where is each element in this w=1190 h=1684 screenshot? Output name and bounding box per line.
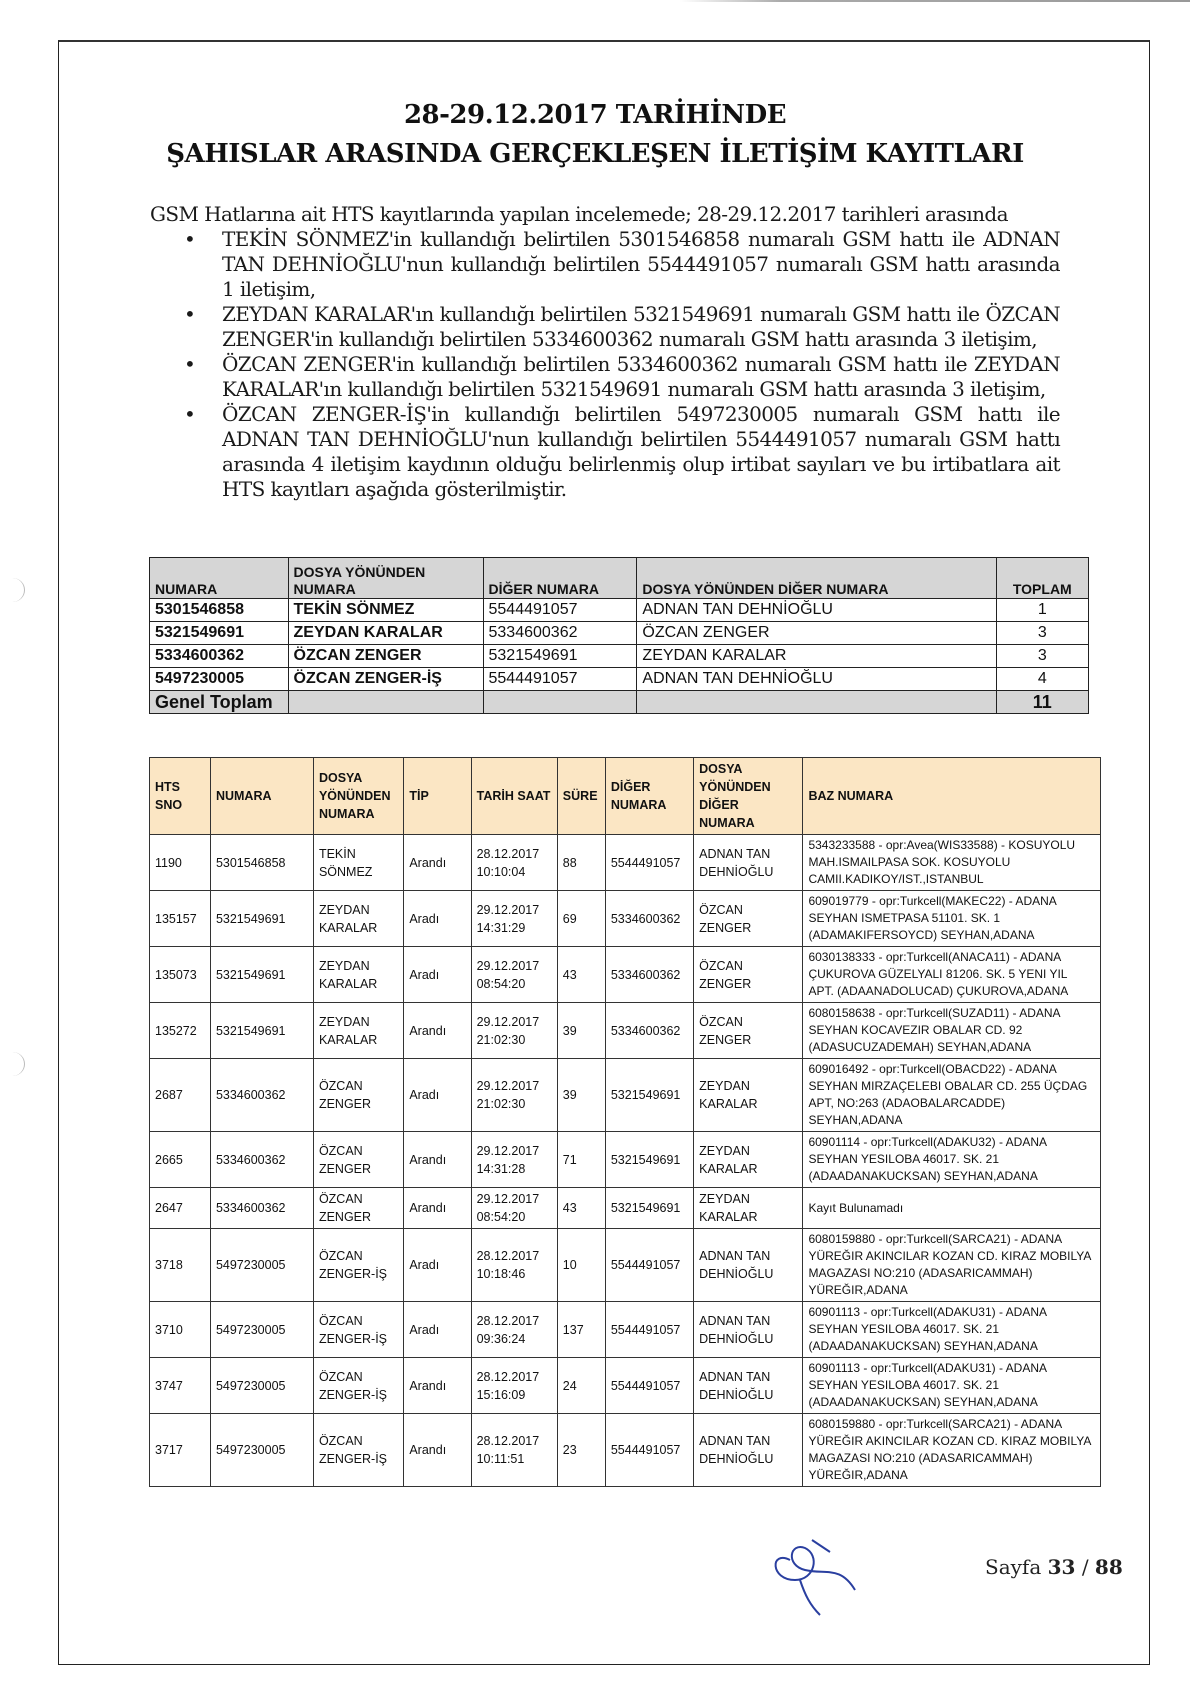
- detail-cell: 6030138333 - opr:Turkcell(ANACA11) - ADA…: [803, 947, 1101, 1003]
- detail-cell: 3718: [150, 1229, 211, 1302]
- detail-cell: 71: [557, 1132, 605, 1188]
- detail-cell: 137: [557, 1302, 605, 1358]
- summary-row: 5321549691ZEYDAN KARALAR5334600362ÖZCAN …: [150, 622, 1089, 645]
- detail-cell: 5321549691: [605, 1188, 693, 1229]
- detail-cell: ADNAN TAN DEHNİOĞLU: [694, 1302, 803, 1358]
- detail-cell: 23: [557, 1414, 605, 1487]
- detail-cell: 2687: [150, 1059, 211, 1132]
- detail-cell: ADNAN TAN DEHNİOĞLU: [694, 835, 803, 891]
- detail-cell: 5321549691: [210, 1003, 313, 1059]
- summary-cell: ÖZCAN ZENGER: [637, 622, 996, 645]
- detail-cell: 5544491057: [605, 1358, 693, 1414]
- detail-table: HTS SNO NUMARA DOSYA YÖNÜNDEN NUMARA TİP…: [149, 757, 1101, 1487]
- detail-cell: 3747: [150, 1358, 211, 1414]
- intro-bullet: ÖZCAN ZENGER'in kullandığı belirtilen 53…: [222, 352, 1060, 402]
- detail-cell: 2647: [150, 1188, 211, 1229]
- detail-cell: Arandı: [404, 835, 471, 891]
- detail-cell: 60901114 - opr:Turkcell(ADAKU32) - ADANA…: [803, 1132, 1101, 1188]
- detail-cell: TEKİN SÖNMEZ: [313, 835, 403, 891]
- detail-cell: ÖZCAN ZENGER-İŞ: [313, 1414, 403, 1487]
- detail-cell: ADNAN TAN DEHNİOĞLU: [694, 1358, 803, 1414]
- summary-cell: 5334600362: [483, 622, 637, 645]
- intro-bullets: TEKİN SÖNMEZ'in kullandığı belirtilen 53…: [150, 227, 1060, 502]
- detail-cell: 88: [557, 835, 605, 891]
- detail-cell: 5497230005: [210, 1414, 313, 1487]
- detail-cell: 28.12.2017 10:18:46: [471, 1229, 557, 1302]
- detail-header-cell: TARİH SAAT: [471, 758, 557, 835]
- detail-cell: 29.12.2017 08:54:20: [471, 947, 557, 1003]
- detail-cell: ZEYDAN KARALAR: [313, 891, 403, 947]
- detail-cell: 60901113 - opr:Turkcell(ADAKU31) - ADANA…: [803, 1358, 1101, 1414]
- detail-cell: 1190: [150, 835, 211, 891]
- detail-row: 37175497230005ÖZCAN ZENGER-İŞArandı28.12…: [150, 1414, 1101, 1487]
- summary-row: 5497230005ÖZCAN ZENGER-İŞ5544491057ADNAN…: [150, 668, 1089, 691]
- detail-cell: 5321549691: [605, 1132, 693, 1188]
- detail-cell: ZEYDAN KARALAR: [694, 1059, 803, 1132]
- summary-cell: 5334600362: [150, 645, 289, 668]
- detail-cell: Arandı: [404, 1188, 471, 1229]
- detail-cell: Aradı: [404, 1229, 471, 1302]
- intro-bullet: TEKİN SÖNMEZ'in kullandığı belirtilen 53…: [222, 227, 1060, 302]
- summary-cell: 3: [996, 645, 1088, 668]
- detail-cell: 29.12.2017 21:02:30: [471, 1003, 557, 1059]
- detail-cell: 39: [557, 1003, 605, 1059]
- signature-mark: [760, 1510, 880, 1620]
- intro-bullet: ZEYDAN KARALAR'ın kullandığı belirtilen …: [222, 302, 1060, 352]
- detail-header-cell: HTS SNO: [150, 758, 211, 835]
- summary-cell: 5321549691: [150, 622, 289, 645]
- detail-cell: ZEYDAN KARALAR: [694, 1132, 803, 1188]
- detail-cell: 5334600362: [605, 947, 693, 1003]
- detail-cell: ÖZCAN ZENGER-İŞ: [313, 1229, 403, 1302]
- detail-cell: 28.12.2017 10:11:51: [471, 1414, 557, 1487]
- summary-total-row: Genel Toplam 11: [150, 691, 1089, 714]
- detail-cell: Aradı: [404, 1302, 471, 1358]
- detail-cell: ÖZCAN ZENGER-İŞ: [313, 1358, 403, 1414]
- detail-row: 26475334600362ÖZCAN ZENGERArandı29.12.20…: [150, 1188, 1101, 1229]
- detail-header-cell: SÜRE: [557, 758, 605, 835]
- summary-cell: ÖZCAN ZENGER-İŞ: [288, 668, 483, 691]
- detail-header-cell: DOSYA YÖNÜNDEN NUMARA: [313, 758, 403, 835]
- detail-cell: 43: [557, 947, 605, 1003]
- detail-cell: Arandı: [404, 1003, 471, 1059]
- detail-cell: Arandı: [404, 1132, 471, 1188]
- summary-cell: ADNAN TAN DEHNİOĞLU: [637, 599, 996, 622]
- detail-row: 26655334600362ÖZCAN ZENGERArandı29.12.20…: [150, 1132, 1101, 1188]
- detail-cell: ÖZCAN ZENGER: [694, 1003, 803, 1059]
- detail-cell: ÖZCAN ZENGER-İŞ: [313, 1302, 403, 1358]
- detail-header-row: HTS SNO NUMARA DOSYA YÖNÜNDEN NUMARA TİP…: [150, 758, 1101, 835]
- detail-cell: 135157: [150, 891, 211, 947]
- detail-cell: ÖZCAN ZENGER: [313, 1059, 403, 1132]
- detail-cell: 5334600362: [210, 1132, 313, 1188]
- detail-cell: 69: [557, 891, 605, 947]
- detail-cell: ÖZCAN ZENGER: [694, 891, 803, 947]
- summary-cell: TEKİN SÖNMEZ: [288, 599, 483, 622]
- detail-cell: 2665: [150, 1132, 211, 1188]
- detail-cell: 609019779 - opr:Turkcell(MAKEC22) - ADAN…: [803, 891, 1101, 947]
- summary-header-cell: TOPLAM: [996, 558, 1088, 599]
- detail-cell: 29.12.2017 08:54:20: [471, 1188, 557, 1229]
- detail-cell: 28.12.2017 10:10:04: [471, 835, 557, 891]
- detail-cell: 5321549691: [605, 1059, 693, 1132]
- detail-cell: 39: [557, 1059, 605, 1132]
- detail-cell: 5544491057: [605, 1414, 693, 1487]
- detail-cell: 135272: [150, 1003, 211, 1059]
- summary-cell: ZEYDAN KARALAR: [637, 645, 996, 668]
- detail-cell: 5497230005: [210, 1302, 313, 1358]
- detail-cell: ADNAN TAN DEHNİOĞLU: [694, 1414, 803, 1487]
- summary-header-cell: DOSYA YÖNÜNDEN DİĞER NUMARA: [637, 558, 996, 599]
- page-prefix: Sayfa: [985, 1555, 1041, 1579]
- detail-cell: 5497230005: [210, 1229, 313, 1302]
- summary-total-empty: [483, 691, 637, 714]
- detail-cell: 3717: [150, 1414, 211, 1487]
- detail-cell: 28.12.2017 09:36:24: [471, 1302, 557, 1358]
- detail-cell: ADNAN TAN DEHNİOĞLU: [694, 1229, 803, 1302]
- detail-cell: 5544491057: [605, 835, 693, 891]
- detail-row: 1350735321549691ZEYDAN KARALARAradı29.12…: [150, 947, 1101, 1003]
- detail-row: 1352725321549691ZEYDAN KARALARArandı29.1…: [150, 1003, 1101, 1059]
- summary-cell: ADNAN TAN DEHNİOĞLU: [637, 668, 996, 691]
- detail-cell: 5334600362: [210, 1059, 313, 1132]
- detail-header-cell: NUMARA: [210, 758, 313, 835]
- punch-hole-mark: [0, 578, 25, 602]
- summary-cell: ZEYDAN KARALAR: [288, 622, 483, 645]
- detail-cell: 5343233588 - opr:Avea(WIS33588) - KOSUYO…: [803, 835, 1101, 891]
- scan-edge-line: [680, 0, 1190, 2]
- detail-row: 37185497230005ÖZCAN ZENGER-İŞAradı28.12.…: [150, 1229, 1101, 1302]
- summary-table: NUMARA DOSYA YÖNÜNDEN NUMARA DİĞER NUMAR…: [149, 557, 1089, 714]
- detail-cell: 5321549691: [210, 947, 313, 1003]
- intro-lead: GSM Hatlarına ait HTS kayıtlarında yapıl…: [150, 202, 1060, 227]
- detail-cell: 24: [557, 1358, 605, 1414]
- detail-cell: 5544491057: [605, 1229, 693, 1302]
- detail-cell: 60901113 - opr:Turkcell(ADAKU31) - ADANA…: [803, 1302, 1101, 1358]
- summary-cell: 3: [996, 622, 1088, 645]
- detail-cell: 29.12.2017 21:02:30: [471, 1059, 557, 1132]
- detail-cell: 5301546858: [210, 835, 313, 891]
- detail-cell: 3710: [150, 1302, 211, 1358]
- detail-cell: Kayıt Bulunamadı: [803, 1188, 1101, 1229]
- summary-header-row: NUMARA DOSYA YÖNÜNDEN NUMARA DİĞER NUMAR…: [150, 558, 1089, 599]
- summary-cell: 1: [996, 599, 1088, 622]
- summary-cell: 5544491057: [483, 599, 637, 622]
- page-title-line2: ŞAHISLAR ARASINDA GERÇEKLEŞEN İLETİŞİM K…: [0, 139, 1190, 169]
- detail-cell: 10: [557, 1229, 605, 1302]
- detail-cell: ZEYDAN KARALAR: [313, 1003, 403, 1059]
- page-number: Sayfa 33 / 88: [985, 1555, 1123, 1579]
- detail-cell: Arandı: [404, 1414, 471, 1487]
- detail-cell: 5334600362: [605, 1003, 693, 1059]
- detail-cell: 5544491057: [605, 1302, 693, 1358]
- summary-total-empty: [637, 691, 996, 714]
- detail-row: 1351575321549691ZEYDAN KARALARAradı29.12…: [150, 891, 1101, 947]
- summary-cell: 5497230005: [150, 668, 289, 691]
- intro-text: GSM Hatlarına ait HTS kayıtlarında yapıl…: [150, 202, 1060, 502]
- detail-cell: 6080159880 - opr:Turkcell(SARCA21) - ADA…: [803, 1229, 1101, 1302]
- detail-cell: ZEYDAN KARALAR: [313, 947, 403, 1003]
- summary-cell: 5301546858: [150, 599, 289, 622]
- detail-cell: 28.12.2017 15:16:09: [471, 1358, 557, 1414]
- summary-cell: ÖZCAN ZENGER: [288, 645, 483, 668]
- detail-header-cell: TİP: [404, 758, 471, 835]
- page-separator: /: [1082, 1555, 1089, 1579]
- summary-total-value: 11: [996, 691, 1088, 714]
- punch-hole-mark: [0, 1052, 25, 1076]
- detail-cell: Aradı: [404, 1059, 471, 1132]
- detail-cell: 5497230005: [210, 1358, 313, 1414]
- detail-row: 37105497230005ÖZCAN ZENGER-İŞAradı28.12.…: [150, 1302, 1101, 1358]
- detail-cell: Arandı: [404, 1358, 471, 1414]
- summary-row: 5334600362ÖZCAN ZENGER5321549691ZEYDAN K…: [150, 645, 1089, 668]
- summary-total-label: Genel Toplam: [150, 691, 289, 714]
- page-total: 88: [1095, 1555, 1123, 1579]
- detail-cell: Aradı: [404, 947, 471, 1003]
- summary-header-cell: NUMARA: [150, 558, 289, 599]
- detail-cell: ÖZCAN ZENGER: [313, 1188, 403, 1229]
- detail-header-cell: DOSYA YÖNÜNDEN DİĞER NUMARA: [694, 758, 803, 835]
- summary-row: 5301546858TEKİN SÖNMEZ5544491057ADNAN TA…: [150, 599, 1089, 622]
- detail-cell: 5334600362: [605, 891, 693, 947]
- detail-cell: 29.12.2017 14:31:28: [471, 1132, 557, 1188]
- detail-cell: 5334600362: [210, 1188, 313, 1229]
- intro-bullet: ÖZCAN ZENGER-İŞ'in kullandığı belirtilen…: [222, 402, 1060, 502]
- detail-header-cell: BAZ NUMARA: [803, 758, 1101, 835]
- summary-header-cell: DİĞER NUMARA: [483, 558, 637, 599]
- detail-cell: ÖZCAN ZENGER: [313, 1132, 403, 1188]
- summary-cell: 5321549691: [483, 645, 637, 668]
- detail-row: 11905301546858TEKİN SÖNMEZArandı28.12.20…: [150, 835, 1101, 891]
- detail-cell: 43: [557, 1188, 605, 1229]
- detail-cell: ÖZCAN ZENGER: [694, 947, 803, 1003]
- detail-cell: 135073: [150, 947, 211, 1003]
- detail-cell: 609016492 - opr:Turkcell(OBACD22) - ADAN…: [803, 1059, 1101, 1132]
- summary-cell: 4: [996, 668, 1088, 691]
- summary-cell: 5544491057: [483, 668, 637, 691]
- detail-row: 37475497230005ÖZCAN ZENGER-İŞArandı28.12…: [150, 1358, 1101, 1414]
- detail-cell: ZEYDAN KARALAR: [694, 1188, 803, 1229]
- detail-cell: 5321549691: [210, 891, 313, 947]
- summary-header-cell: DOSYA YÖNÜNDEN NUMARA: [288, 558, 483, 599]
- detail-cell: 6080158638 - opr:Turkcell(SUZAD11) - ADA…: [803, 1003, 1101, 1059]
- page-title-line1: 28-29.12.2017 TARİHİNDE: [0, 100, 1190, 130]
- detail-header-cell: DİĞER NUMARA: [605, 758, 693, 835]
- detail-cell: 6080159880 - opr:Turkcell(SARCA21) - ADA…: [803, 1414, 1101, 1487]
- detail-cell: Aradı: [404, 891, 471, 947]
- detail-row: 26875334600362ÖZCAN ZENGERAradı29.12.201…: [150, 1059, 1101, 1132]
- page-current: 33: [1048, 1555, 1076, 1579]
- summary-total-empty: [288, 691, 483, 714]
- detail-cell: 29.12.2017 14:31:29: [471, 891, 557, 947]
